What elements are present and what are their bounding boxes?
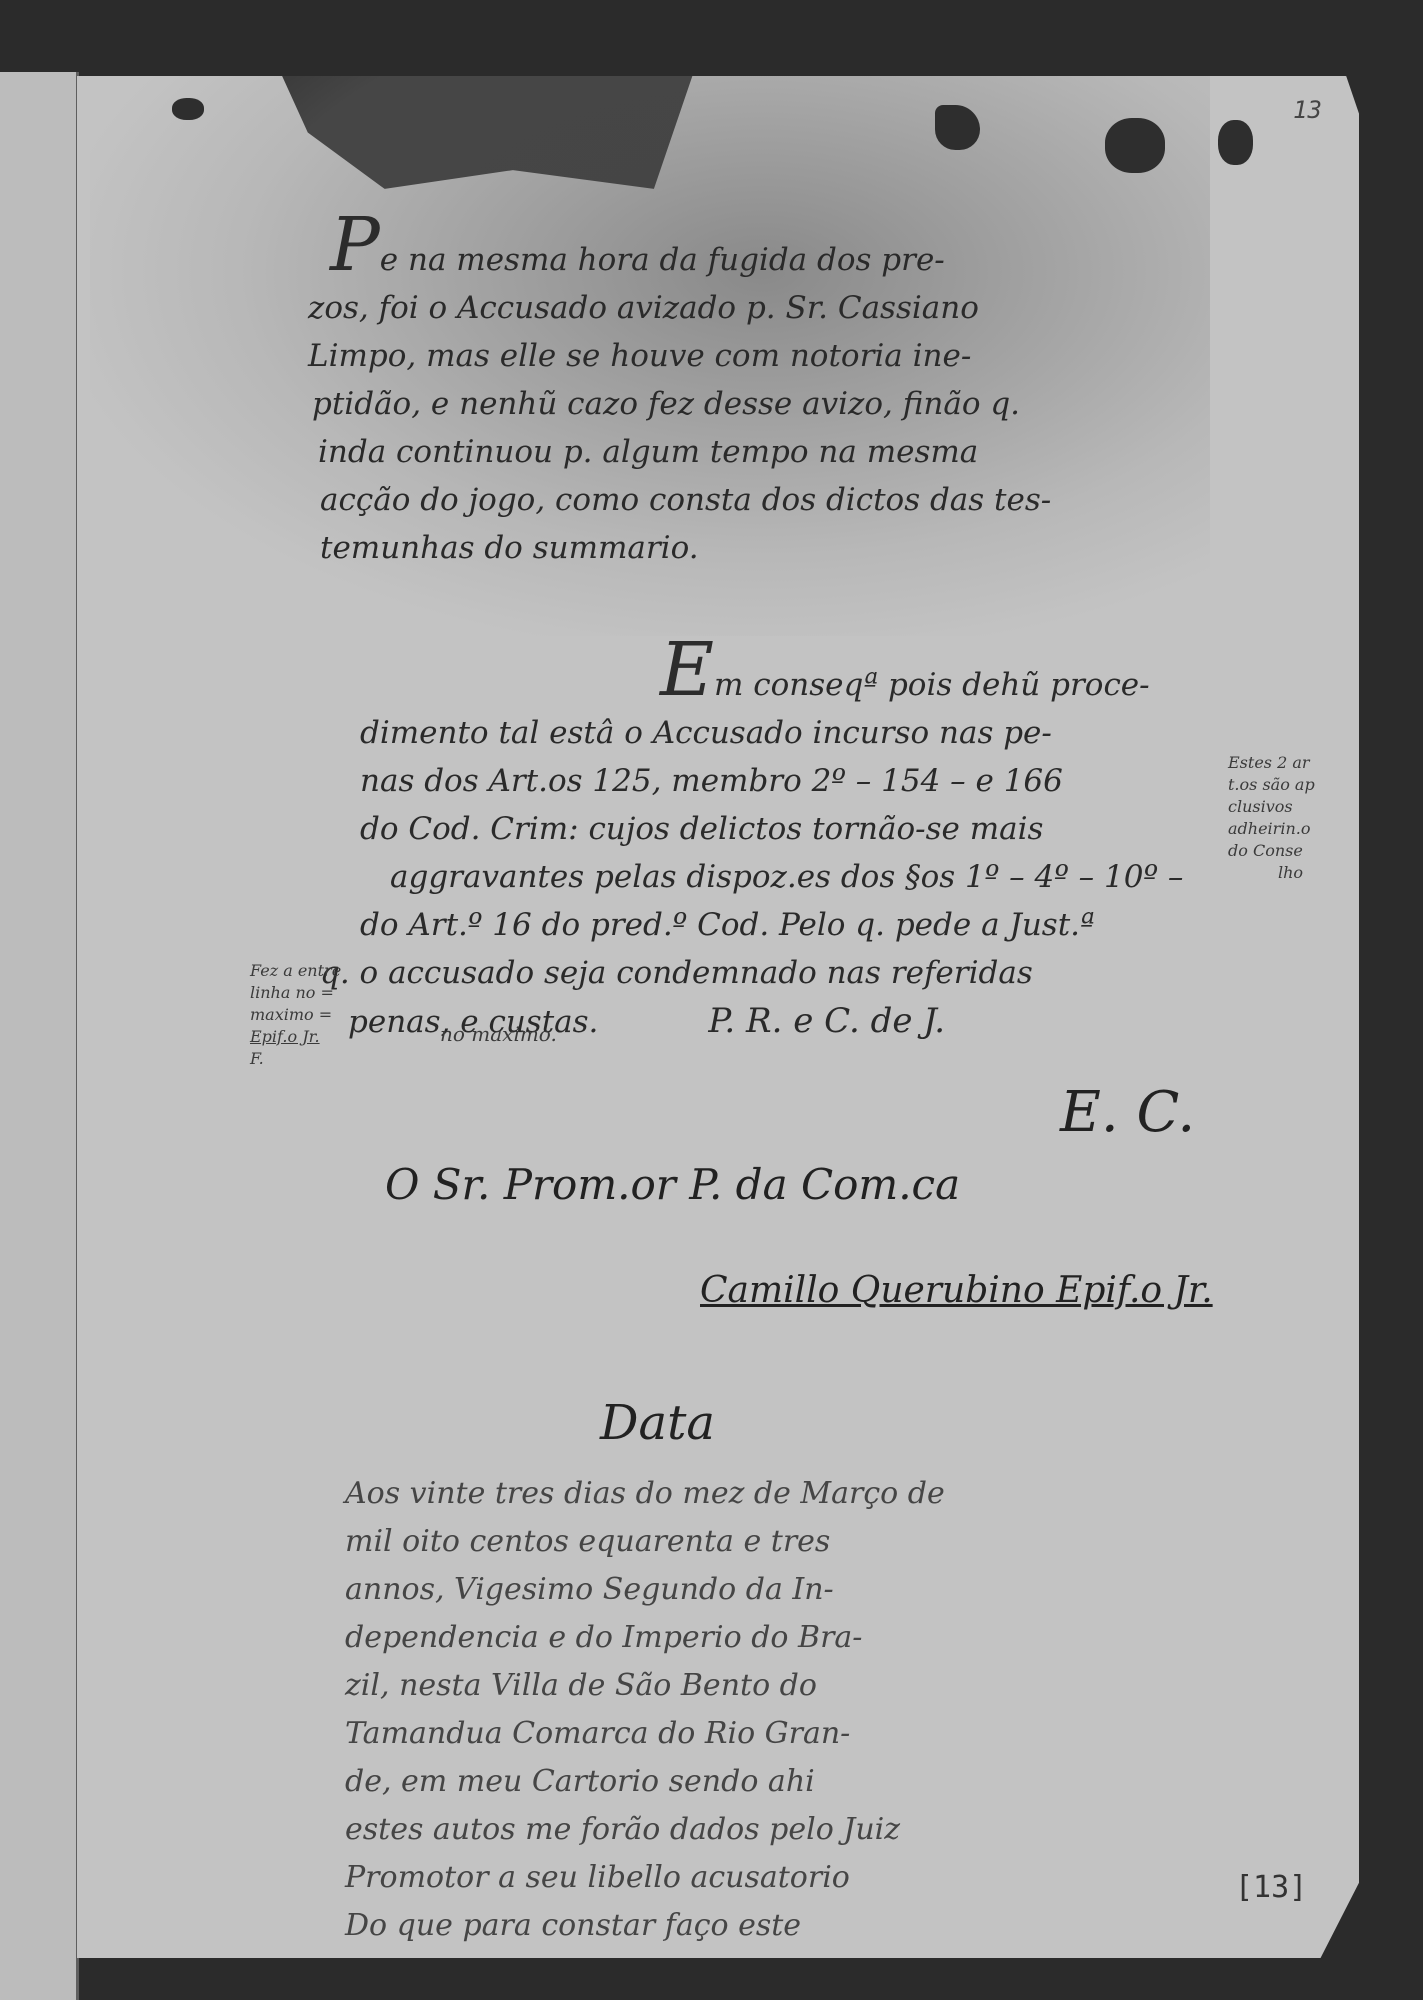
text-line: zos, foi o Accusado avizado p. Sr. Cassi…: [308, 284, 1230, 332]
folio-number: 13: [1293, 96, 1322, 124]
paragraph-2: Em conseqª pois dehũ proce- dimento tal …: [360, 640, 1260, 1046]
margin-line: lho: [1278, 862, 1315, 884]
margin-line: t.os são ap: [1228, 774, 1315, 796]
margin-line: clusivos: [1228, 796, 1315, 818]
text-line: annos, Vigesimo Segundo da In-: [345, 1566, 1245, 1614]
text-line: dependencia e do Imperio do Bra-: [345, 1614, 1245, 1662]
left-margin-note: Fez a entre linha no = maximo = Epif.o J…: [250, 960, 341, 1070]
margin-line: adheirin.o: [1228, 818, 1315, 840]
margin-line: F.: [250, 1048, 341, 1070]
paper-hole: [1105, 118, 1165, 173]
drop-cap: E: [660, 627, 714, 713]
text-line: mil oito centos equarenta e tres: [345, 1518, 1245, 1566]
text-line: Promotor a seu libello acusatorio: [345, 1854, 1245, 1902]
text-line: dimento tal estâ o Accusado incurso nas …: [360, 709, 1260, 757]
text-line: Tamandua Comarca do Rio Gran-: [345, 1710, 1245, 1758]
text-line: Aos vinte tres dias do mez de Março de: [345, 1470, 1245, 1518]
text-line: P. R. e C. de J.: [708, 1001, 945, 1041]
margin-line: Estes 2 ar: [1228, 752, 1315, 774]
text-line: q. o accusado seja condemnado nas referi…: [320, 949, 1260, 997]
text-line: Do que para constar faço este: [345, 1902, 1245, 1950]
interlinear-insert: no maximo.: [440, 1023, 557, 1045]
text-line: e na mesma hora da fugida dos pre-: [380, 242, 945, 278]
text-line: aggravantes pelas dispoz.es dos §os 1º –…: [390, 853, 1260, 901]
text-line: de, em meu Cartorio sendo ahi: [345, 1758, 1245, 1806]
text-line: ptidão, e nenhũ cazo fez desse avizo, fi…: [312, 380, 1230, 428]
paragraph-1: Pe na mesma hora da fugida dos pre- zos,…: [330, 215, 1230, 572]
adjacent-page-edge: [0, 72, 79, 2000]
text-line: inda continuou p. algum tempo na mesma: [318, 428, 1230, 476]
paper-hole: [172, 98, 204, 120]
promoter-line: O Sr. Prom.or P. da Com.ca: [385, 1160, 960, 1209]
signature: Camillo Querubino Epif.o Jr.: [700, 1270, 1213, 1311]
margin-line: Epif.o Jr.: [250, 1026, 341, 1048]
text-line: do Art.º 16 do pred.º Cod. Pelo q. pede …: [360, 901, 1260, 949]
text-line: zil, nesta Villa de São Bento do: [345, 1662, 1245, 1710]
data-paragraph: Aos vinte tres dias do mez de Março de m…: [345, 1470, 1245, 1950]
margin-line: do Conse: [1228, 840, 1315, 862]
margin-line: Fez a entre: [250, 960, 341, 982]
text-line: temunhas do summario.: [320, 524, 1230, 572]
text-line: estes autos me forão dados pelo Juiz: [345, 1806, 1245, 1854]
section-heading-data: Data: [600, 1395, 715, 1451]
paper-hole: [935, 105, 980, 150]
archive-page-label: [13]: [1235, 1870, 1307, 1905]
text-line: do Cod. Crim: cujos delictos tornão-se m…: [360, 805, 1260, 853]
text-line: nas dos Art.os 125, membro 2º – 154 – e …: [360, 757, 1260, 805]
paper-hole: [1218, 120, 1253, 165]
margin-line: maximo =: [250, 1004, 341, 1026]
text-line: m conseqª pois dehũ proce-: [714, 667, 1150, 703]
margin-line: linha no =: [250, 982, 341, 1004]
text-line: acção do jogo, como consta dos dictos da…: [320, 476, 1230, 524]
text-line: Limpo, mas elle se houve com notoria ine…: [308, 332, 1230, 380]
ec-mark: E. C.: [1060, 1080, 1195, 1145]
right-margin-note: Estes 2 ar t.os são ap clusivos adheirin…: [1228, 752, 1315, 884]
drop-cap: P: [330, 202, 380, 288]
